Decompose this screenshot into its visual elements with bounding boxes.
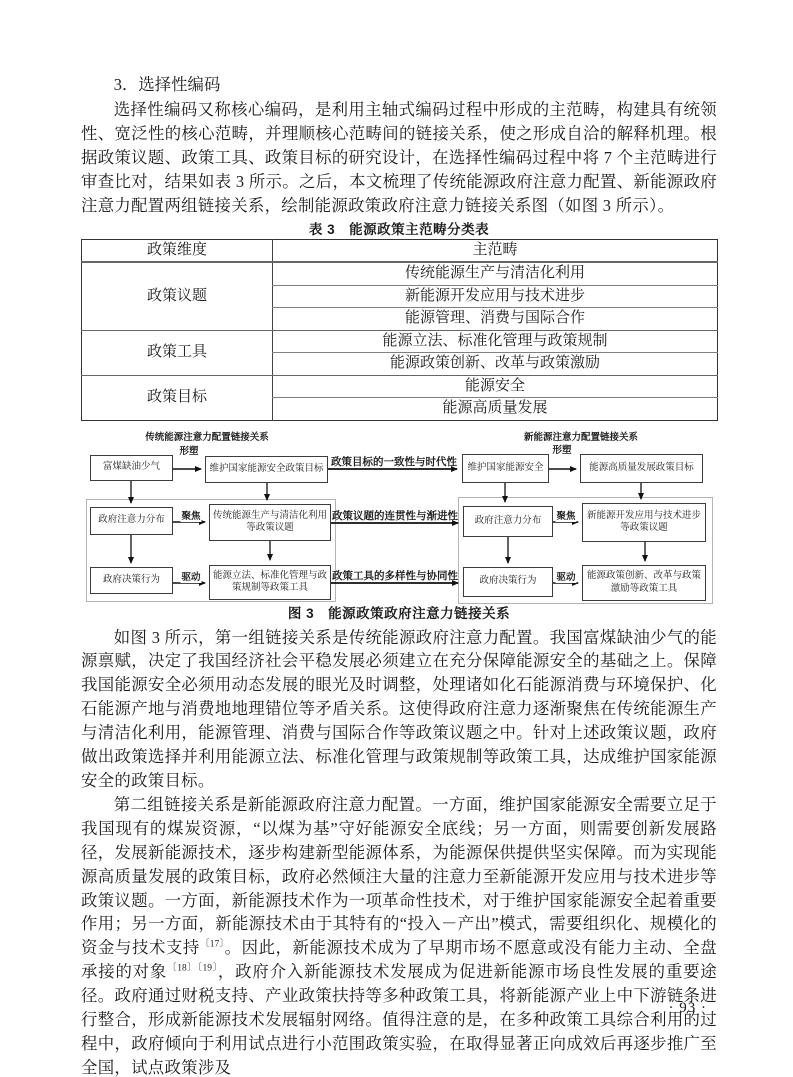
category-cell: 传统能源生产与清洁化利用 [273,262,718,285]
category-cell: 能源管理、消费与国际合作 [273,308,718,331]
arrow-label-shape-left: 形塑 [178,443,199,457]
figure-box-right-goal: 能源高质量发展政策目标 [580,454,703,483]
paper-page: 3．选择性编码 选择性编码又称核心编码，是利用主轴式编码过程中形成的主范畴，构建… [0,0,793,1077]
category-cell: 新能源开发应用与技术进步 [273,285,718,308]
category-cell: 能源高质量发展 [273,398,718,421]
attention-link-figure: 传统能源注意力配置链接关系 新能源注意力配置链接关系 富煤缺油少气 维护国家能源… [81,426,717,602]
figure-box-left-decision: 政府决策行为 [90,567,173,594]
dimension-cell-issue: 政策议题 [82,262,273,330]
paragraph-group1: 如图 3 所示，第一组链接关系是传统能源政府注意力配置。我国富煤缺油少气的能源禀… [81,626,717,793]
page-content: 3．选择性编码 选择性编码又称核心编码，是利用主轴式编码过程中形成的主范畴，构建… [81,74,717,1077]
figure-caption: 图 3 能源政策政府注意力链接关系 [81,604,717,623]
paragraph-intro: 选择性编码又称核心编码，是利用主轴式编码过程中形成的主范畴，构建具有统领性、宽泛… [81,98,717,218]
right-group-title: 新能源注意力配置链接关系 [524,429,638,443]
figure-box-left-issue: 传统能源生产与清洁化利用等政策议题 [209,504,331,541]
link-label-issue: 政策议题的连贯性与渐进性 [332,508,458,523]
arrow-label-focus-left: 聚焦 [180,508,201,522]
dimension-cell-goal: 政策目标 [82,375,273,420]
figure-box-left-attention: 政府注意力分布 [90,507,173,535]
arrow-label-focus-right: 聚焦 [555,508,576,522]
arrow-label-drive-right: 驱动 [555,569,576,583]
section-heading: 3．选择性编码 [81,74,717,96]
arrow-label-drive-left: 驱动 [180,569,201,583]
table-header-row: 政策维度 主范畴 [82,239,718,262]
policy-category-table: 政策维度 主范畴 政策议题 传统能源生产与清洁化利用 新能源开发应用与技术进步 … [81,239,718,421]
table-row: 政策议题 传统能源生产与清洁化利用 [82,262,718,285]
dimension-cell-tool: 政策工具 [82,330,273,375]
figure-box-left-tool: 能源立法、标准化管理与政策规制等政策工具 [209,565,331,600]
figure-box-right-issue: 新能源开发应用与技术进步等政策议题 [582,503,706,542]
figure-box-left-goal: 维护国家能源安全政策目标 [205,456,328,483]
paragraph-group2: 第二组链接关系是新能源政府注意力配置。一方面，维护国家能源安全需要立足于我国现有… [81,793,717,1077]
header-cell-category: 主范畴 [273,239,718,262]
link-label-goal: 政策目标的一致性与时代性 [331,454,457,469]
header-cell-dimension: 政策维度 [82,239,273,262]
paragraph-text: ，政府介入新能源技术发展成为促进新能源市场良性发展的重要途径。政府通过财税支持、… [81,962,717,1077]
left-group-title: 传统能源注意力配置链接关系 [145,429,269,443]
page-number: · 93 · [669,1000,708,1017]
category-cell: 能源立法、标准化管理与政策规制 [273,330,718,353]
figure-box-right-attention: 政府注意力分布 [463,506,553,537]
table-caption: 表 3 能源政策主范畴分类表 [81,220,717,239]
table-row: 政策工具 能源立法、标准化管理与政策规制 [82,330,718,353]
link-label-tool: 政策工具的多样性与协同性 [332,568,458,583]
arrow-label-shape-right: 形塑 [551,442,572,456]
category-cell: 能源安全 [273,375,718,398]
figure-box-security: 维护国家能源安全 [462,454,549,483]
citation-ref-17: 〔17〕 [200,940,225,950]
citation-ref-18-19: 〔18〕〔19〕 [167,964,218,974]
figure-box-right-decision: 政府决策行为 [463,567,553,597]
figure-box-endowment: 富煤缺油少气 [90,455,173,481]
category-cell: 能源政策创新、改革与政策激励 [273,353,718,376]
table-row: 政策目标 能源安全 [82,375,718,398]
figure-box-right-tool: 能源政策创新、改革与政策激励等政策工具 [582,565,706,601]
paragraph-text: 第二组链接关系是新能源政府注意力配置。一方面，维护国家能源安全需要立足于我国现有… [81,795,717,957]
